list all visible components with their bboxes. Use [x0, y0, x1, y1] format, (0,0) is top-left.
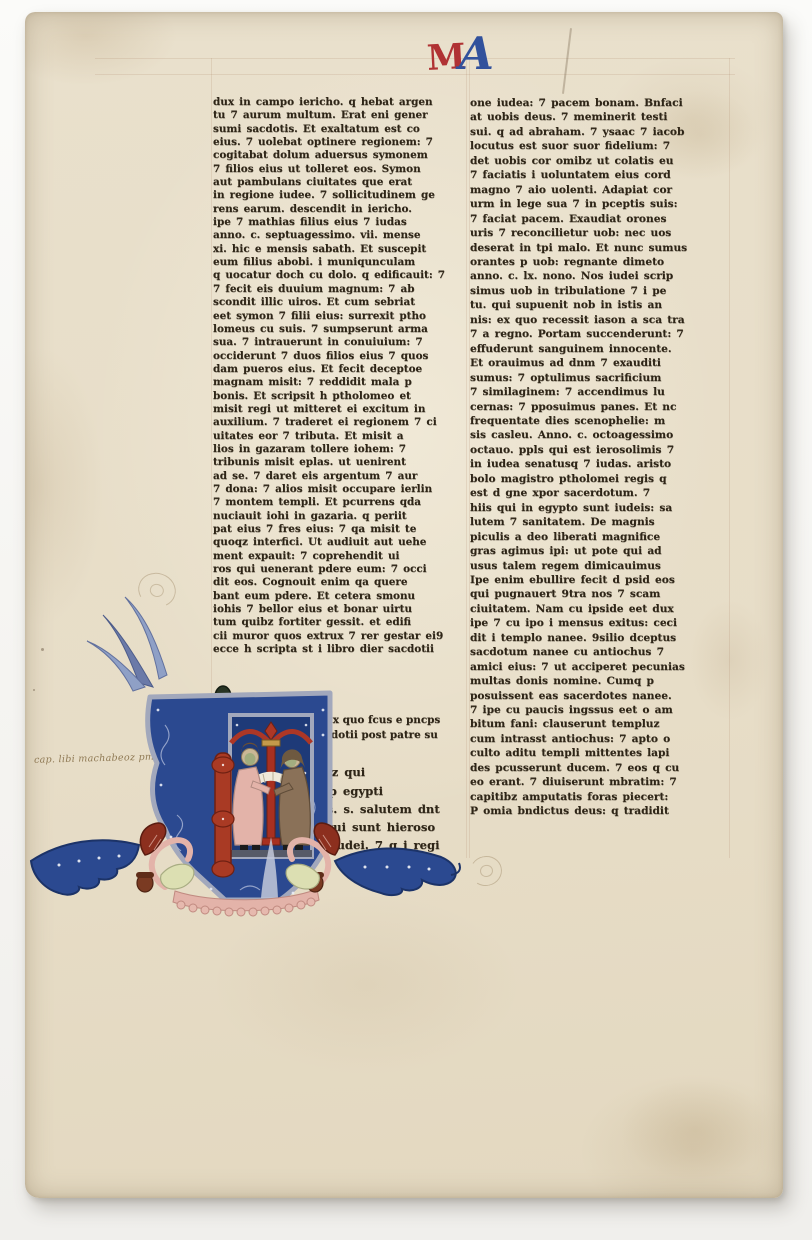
text-line: uris 7 reconcilietur uob: nec uos — [470, 226, 732, 240]
text-line: 7 montem templi. Et pcurrens qda — [213, 496, 467, 509]
illuminated-initial-F — [25, 575, 465, 920]
text-line: locutus est suor suor fidelium: 7 — [470, 139, 732, 153]
text-line: eum filius abobi. i muniqunculam — [213, 256, 467, 269]
text-line: est d gne xpor sacerdotum. 7 — [470, 486, 732, 500]
text-line: auxilium. 7 traderet ei regionem 7 ci — [213, 416, 467, 429]
text-line: gras agimus ipi: ut pote qui ad — [470, 544, 732, 558]
text-line: qui pugnauert 9tra nos 7 scam — [470, 587, 732, 601]
text-line: urm in lege sua 7 in pceptis suis: — [470, 197, 732, 211]
text-line: nis: ex quo recessit iason a sca tra — [470, 313, 732, 327]
text-line: misit regi ut mitteret ei excitum in — [213, 403, 467, 416]
text-line: scondit illic uiros. Et cum sebriat — [213, 296, 467, 309]
text-line: one iudea: 7 pacem bonam. Bnfaci — [470, 96, 732, 110]
text-line: eet symon 7 filii eius: surrexit ptho — [213, 310, 467, 323]
text-line: Et orauimus ad dnm 7 exauditi — [470, 356, 732, 370]
text-line: 7 fecit eis duuium magnum: 7 ab — [213, 283, 467, 296]
text-line: uitates eor 7 tributa. Et misit a — [213, 430, 467, 443]
text-line: rens earum. descendit in iericho. — [213, 203, 467, 216]
text-line: tribunis misit eplas. ut uenirent — [213, 456, 467, 469]
text-line: bolo magistro ptholomei regis q — [470, 472, 732, 486]
text-line: effuderunt sanguinem innocente. — [470, 342, 732, 356]
text-line: capitibz amputatis foras piecert: — [470, 790, 732, 804]
text-line: octauo. ppls qui est ierosolimis 7 — [470, 443, 732, 457]
text-line: piculis a deo liberati magnifice — [470, 530, 732, 544]
text-line: 7 faciatis i uoluntatem eius cord — [470, 168, 732, 182]
text-line: sacdotum nanee cu antiochus 7 — [470, 645, 732, 659]
text-column-right: one iudea: 7 pacem bonam. Bnfaciat uobis… — [470, 96, 732, 819]
text-line: des pcusserunt ducem. 7 eos q cu — [470, 761, 732, 775]
text-line: posuissent eas sacerdotes nanee. — [470, 689, 732, 703]
text-line: orantes p uob: regnante dimeto — [470, 255, 732, 269]
text-line: multas donis nomine. Cumq p — [470, 674, 732, 688]
text-line: lios in gazaram tollere iohem: 7 — [213, 443, 467, 456]
flourish-right-wing — [335, 848, 460, 895]
text-line: at uobis deus. 7 meminerit testi — [470, 110, 732, 124]
text-line: usus talem regem dimicauimus — [470, 559, 732, 573]
text-line: 7 similaginem: 7 accendimus lu — [470, 385, 732, 399]
text-line: deserat in tpi malo. Et nunc sumus — [470, 241, 732, 255]
text-line: bitum fani: clauserunt templuz — [470, 717, 732, 731]
text-line: Ipe enim ebullire fecit d psid eos — [470, 573, 732, 587]
text-line: quoqz interfici. Ut audiuit aut uehe — [213, 536, 467, 549]
text-line: nuciauit iohi in gazaria. q periit — [213, 510, 467, 523]
text-column-left: dux in campo iericho. q hebat argentu 7 … — [213, 96, 467, 656]
text-line: pat eius 7 fres eius: 7 qa misit te — [213, 523, 467, 536]
text-line: tu 7 aurum multum. Erat eni gener — [213, 109, 467, 122]
text-line: lomeus cu suis. 7 sumpserunt arma — [213, 323, 467, 336]
text-line: 7 faciat pacem. Exaudiat orones — [470, 212, 732, 226]
initial-red-bar — [212, 753, 234, 877]
text-line: 7 ipe cu paucis ingssus eet o am — [470, 703, 732, 717]
photo-background: M A dux in campo iericho. q hebat argent… — [0, 0, 812, 1240]
text-line: 7 dona: 7 alios misit occupare ierlin — [213, 483, 467, 496]
text-line: ad se. 7 daret eis argentum 7 aur — [213, 470, 467, 483]
text-line: magnam misit: 7 reddidit mala p — [213, 376, 467, 389]
text-line: ipe 7 mathias filius eius 7 iudas — [213, 216, 467, 229]
text-line: sui. q ad abraham. 7 ysaac 7 iacob — [470, 125, 732, 139]
text-line: dam pueros eius. Et fecit deceptoe — [213, 363, 467, 376]
text-line: xi. hic e mensis sabath. Et suscepit — [213, 243, 467, 256]
text-line: 7 a regno. Portam succenderunt: 7 — [470, 327, 732, 341]
text-line: eius. 7 uolebat optinere regionem: 7 — [213, 136, 467, 149]
text-line: 7 filios eius ut tolleret eos. Symon — [213, 163, 467, 176]
text-line: sumus: 7 optulimus sacrificium — [470, 371, 732, 385]
text-line: anno. c. septuagessimo. vii. mense — [213, 229, 467, 242]
text-line: amici eius: 7 ut acciperet pecunias — [470, 660, 732, 674]
flourish-acorn-left — [136, 872, 154, 892]
text-line: cogitabat dolum aduersus symonem — [213, 149, 467, 162]
text-line: anno. c. lx. nono. Nos iudei scrip — [470, 269, 732, 283]
text-line: culto aditu templi mittentes lapi — [470, 746, 732, 760]
text-line: lutem 7 sanitatem. De magnis — [470, 515, 732, 529]
text-line: tu. qui supuenit nob in istis an — [470, 298, 732, 312]
text-line: in regione iudee. 7 sollicitudinem ge — [213, 189, 467, 202]
flourish-green-leaf-left — [161, 864, 194, 889]
text-line: ment expauit: 7 coprehendit ui — [213, 550, 467, 563]
text-line: sumi sacdotis. Et exaltatum est co — [213, 123, 467, 136]
text-line: bonis. Et scripsit h ptholomeo et — [213, 390, 467, 403]
text-line: ciuitatem. Nam cu ipside eet dux — [470, 602, 732, 616]
text-line: P omia bndictus deus: q tradidit — [470, 804, 732, 818]
running-title-letter-a: A — [459, 31, 494, 76]
text-line: simus uob in tribulatione 7 i pe — [470, 284, 732, 298]
initial-scene — [230, 715, 312, 857]
text-line: frequentate dies scenophelie: m — [470, 414, 732, 428]
text-line: cum intrasst antiochus: 7 apto o — [470, 732, 732, 746]
text-line: dit i templo nanee. 9silio dceptus — [470, 631, 732, 645]
text-line: cernas: 7 pposuimus panes. Et nc — [470, 400, 732, 414]
text-line: hiis qui in egypto sunt iudeis: sa — [470, 501, 732, 515]
text-line: sua. 7 intrauerunt in conuiuium: 7 — [213, 336, 467, 349]
text-line: magno 7 aio uolenti. Adapiat cor — [470, 183, 732, 197]
initial-plume — [87, 597, 167, 691]
text-line: sis casleu. Anno. c. octoagessimo — [470, 428, 732, 442]
text-line: q uocatur doch cu dolo. q edificauit: 7 — [213, 269, 467, 282]
flourish-left-wing — [31, 840, 139, 894]
text-line: eo erant. 7 diuiserunt mbratim: 7 — [470, 775, 732, 789]
text-line: det uobis cor omibz ut colatis eu — [470, 154, 732, 168]
text-line: ipe 7 cu ipo i mensus exitus: ceci — [470, 616, 732, 630]
text-line: aut pambulans ciuitates que erat — [213, 176, 467, 189]
text-line: in iudea senatusq 7 iudas. aristo — [470, 457, 732, 471]
text-line: occiderunt 7 duos filios eius 7 quos — [213, 350, 467, 363]
flourish-bud-left — [140, 823, 165, 855]
text-line: dux in campo iericho. q hebat argen — [213, 96, 467, 109]
